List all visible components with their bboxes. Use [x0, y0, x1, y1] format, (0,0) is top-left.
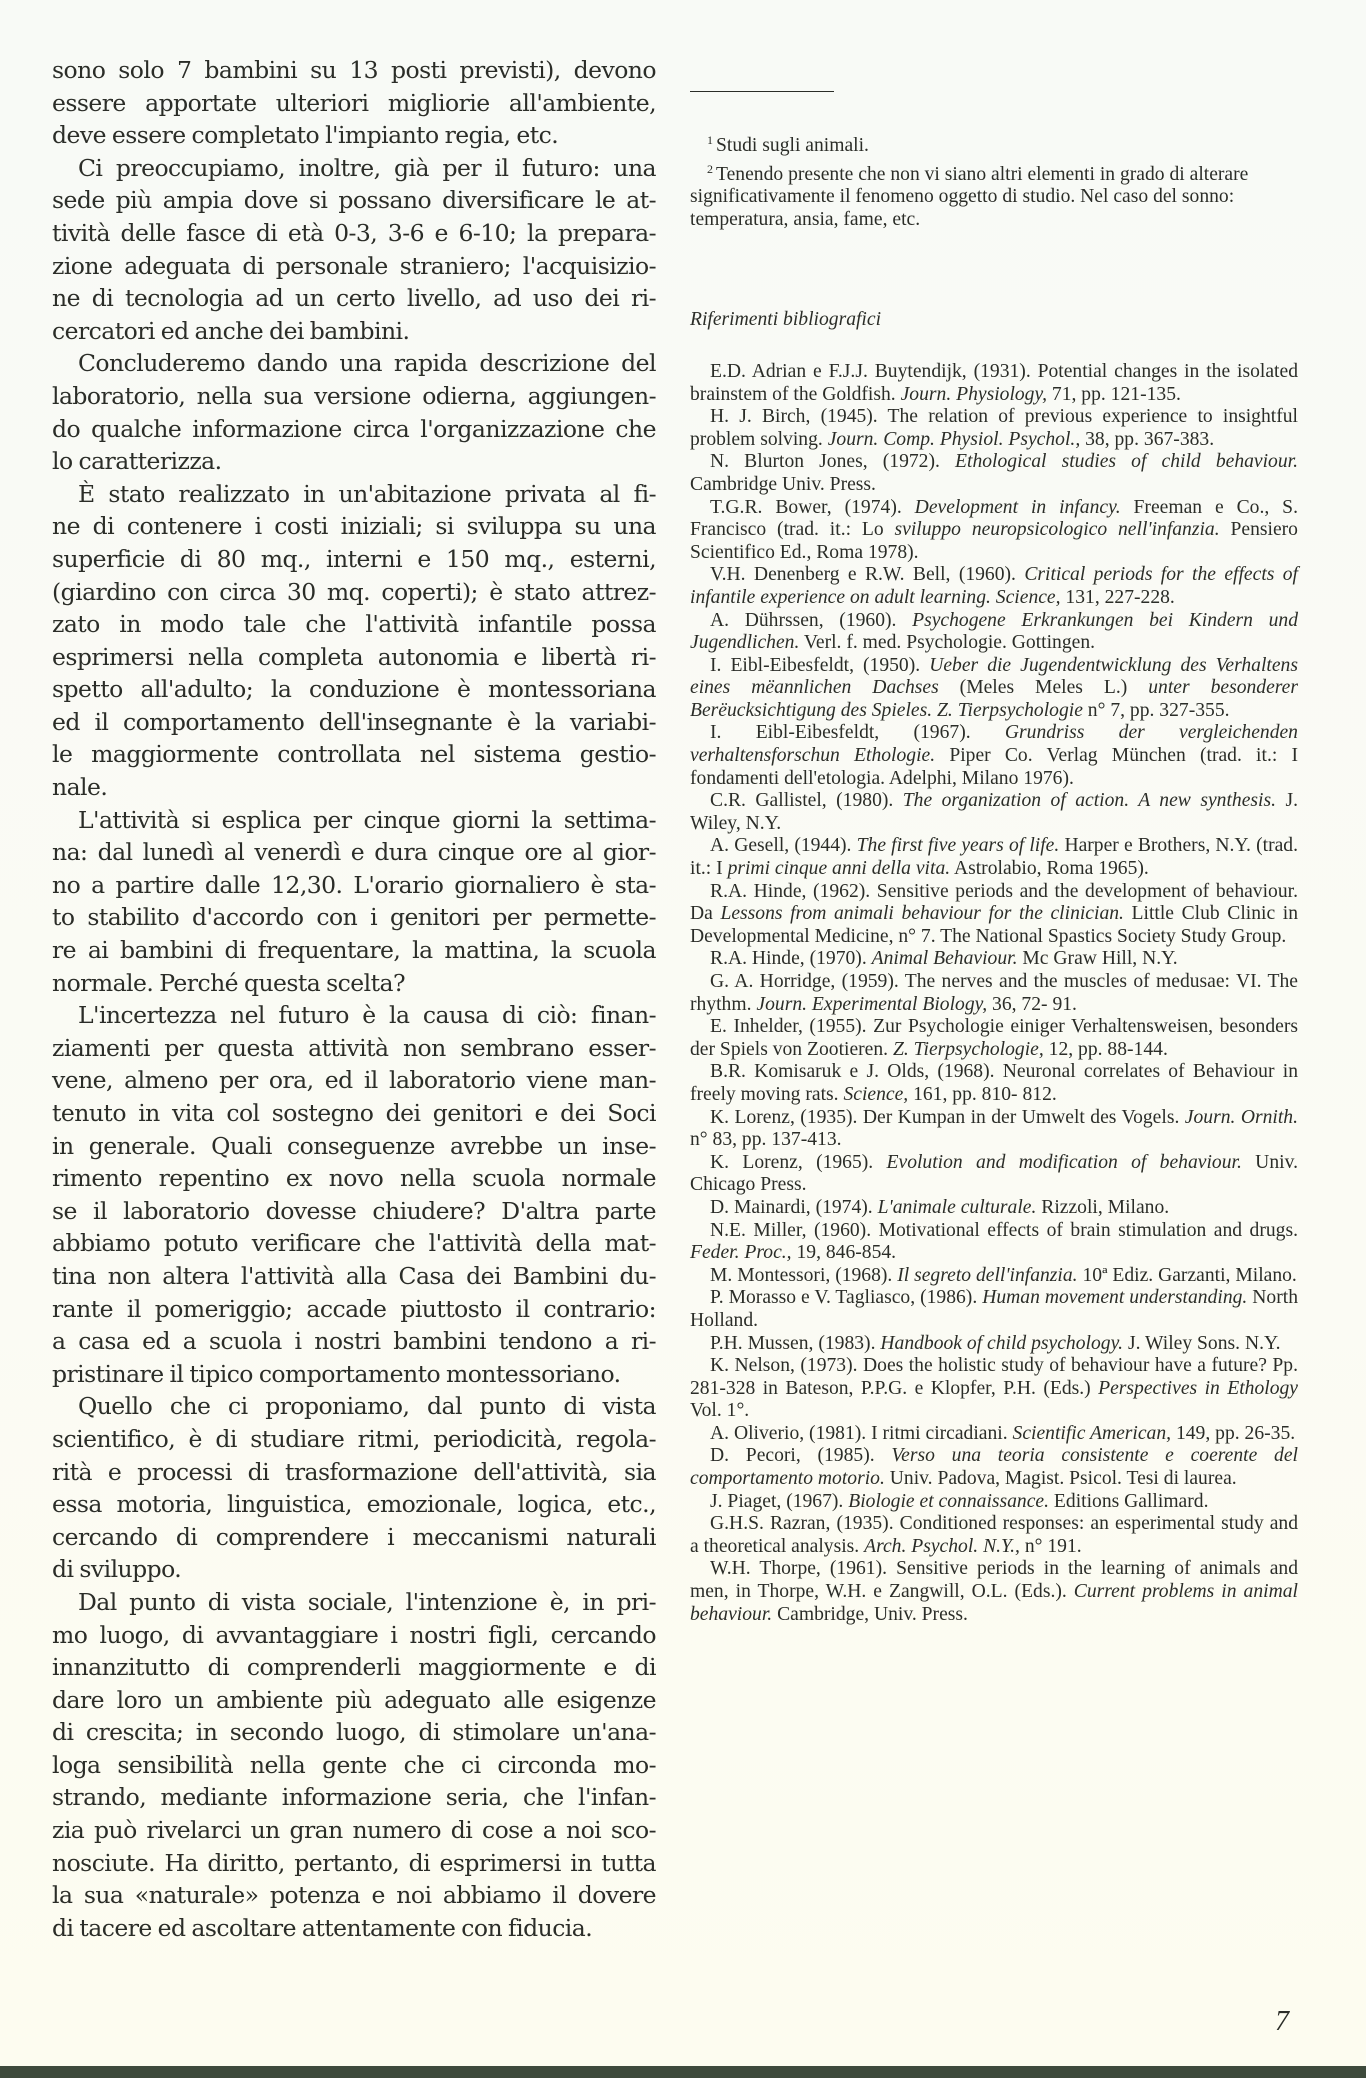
text-line: tenuto in vita col sostegno dei genitori… [52, 1097, 656, 1130]
text-line: Concluderemo dando una rapida descrizion… [52, 347, 656, 380]
reference-text: A. Dührssen, (1960). [710, 610, 912, 631]
reference-text: D. Pecori, (1985). [710, 1445, 891, 1466]
footnote-text: Tenendo presente che non vi siano altri … [690, 164, 1248, 230]
reference-entry: P.H. Mussen, (1983). Handbook of child p… [690, 1333, 1298, 1356]
text-line: rante il pomeriggio; accade piuttosto il… [52, 1293, 656, 1326]
text-line: cercatori ed anche dei bambini. [52, 315, 656, 348]
reference-text: Astrolabio, Roma 1965). [950, 858, 1149, 879]
body-paragraph: Dal punto di vista sociale, l'intenzione… [52, 1586, 656, 1945]
footnote: 1Studi sugli animali. [690, 129, 1298, 158]
reference-text: Verl. f. med. Psychologie. Gottingen. [799, 632, 1095, 653]
reference-entry: W.H. Thorpe, (1961). Sensitive periods i… [690, 1558, 1298, 1626]
text-line: in generale. Quali conseguenze avrebbe u… [52, 1130, 656, 1163]
reference-text: Editions Gallimard. [1049, 1491, 1208, 1512]
reference-title: Z. Tierpsychologie, [893, 1039, 1044, 1060]
text-line: nosciute. Ha diritto, pertanto, di espri… [52, 1847, 656, 1880]
reference-title: L'animale culturale. [878, 1197, 1037, 1218]
reference-text: n° 191. [1020, 1536, 1082, 1557]
text-line: ne di tecnologia ad un certo livello, ad… [52, 282, 656, 315]
text-line: sede più ampia dove si possano diversifi… [52, 184, 656, 217]
text-line: ed il comportamento dell'insegnante è la… [52, 706, 656, 739]
body-paragraph: L'attività si esplica per cinque giorni … [52, 804, 656, 1000]
reference-entry: K. Nelson, (1973). Does the holistic stu… [690, 1355, 1298, 1423]
text-line: L'incertezza nel futuro è la causa di ci… [52, 999, 656, 1032]
text-line: a casa ed a scuola i nostri bambini tend… [52, 1325, 656, 1358]
footnote: 2Tenendo presente che non vi siano altri… [690, 158, 1298, 232]
reference-title: The first five years of life. [857, 835, 1060, 856]
text-line: na: dal lunedì al venerdì e dura cinque … [52, 836, 656, 869]
text-line: cercando di comprendere i meccanismi nat… [52, 1521, 656, 1554]
reference-title: Human movement understanding. [982, 1287, 1247, 1308]
reference-title: Journ. Experimental Biology, [756, 994, 987, 1015]
page-number: 7 [1275, 2006, 1289, 2038]
reference-text: A. Oliverio, (1981). I ritmi circadiani. [710, 1423, 1013, 1444]
reference-entry: I. Eibl-Eibesfeldt, (1950). Ueber die Ju… [690, 655, 1298, 723]
text-line: nale. [52, 771, 656, 804]
body-paragraph: L'incertezza nel futuro è la causa di ci… [52, 999, 656, 1390]
reference-title: Journ. Comp. Physiol. Psychol., [828, 429, 1081, 450]
text-line: mo luogo, di avvantaggiare i nostri figl… [52, 1619, 656, 1652]
text-line: strando, mediante informazione seria, ch… [52, 1781, 656, 1814]
reference-entry: I. Eibl-Eibesfeldt, (1967). Grundriss de… [690, 722, 1298, 790]
reference-entry: D. Mainardi, (1974). L'animale culturale… [690, 1197, 1298, 1220]
reference-title: Scientific American, [1013, 1423, 1172, 1444]
reference-title: The organization of action. A new synthe… [903, 790, 1276, 811]
reference-text: N.E. Miller, (1960). Motivational effect… [710, 1220, 1298, 1241]
text-line: pristinare il tipico comportamento monte… [52, 1358, 656, 1391]
reference-text: 161, pp. 810- 812. [908, 1084, 1057, 1105]
text-line: tività delle fasce di età 0-3, 3-6 e 6-1… [52, 217, 656, 250]
reference-title: primi cinque anni della vita. [728, 858, 951, 879]
page: sono solo 7 bambini su 13 posti previsti… [0, 0, 1366, 2066]
reference-text: D. Mainardi, (1974). [710, 1197, 878, 1218]
reference-title: Arch. Psychol. N.Y., [864, 1536, 1020, 1557]
text-line: di tacere ed ascoltare attentamente con … [52, 1912, 656, 1945]
text-line: do qualche informazione circa l'organizz… [52, 413, 656, 446]
text-line: tina non altera l'attività alla Casa dei… [52, 1260, 656, 1293]
reference-entry: E.D. Adrian e F.J.J. Buytendijk, (1931).… [690, 361, 1298, 406]
reference-title: Evolution and modification of behaviour. [887, 1152, 1242, 1173]
text-line: vene, almeno per ora, ed il laboratorio … [52, 1064, 656, 1097]
reference-entry: V.H. Denenberg e R.W. Bell, (1960). Crit… [690, 564, 1298, 609]
reference-text: Univ. Padova, Magist. Psicol. Tesi di la… [885, 1468, 1237, 1489]
text-line: essere apportate ulteriori migliorie all… [52, 87, 656, 120]
text-line: di crescita; in secondo luogo, di stimol… [52, 1716, 656, 1749]
reference-entry: R.A. Hinde, (1962). Sensitive periods an… [690, 881, 1298, 949]
text-line: Ci preoccupiamo, inoltre, già per il fut… [52, 152, 656, 185]
footnote-divider [690, 91, 834, 92]
footnote-marker: 1 [707, 133, 713, 147]
text-line: loga sensibilità nella gente che ci circ… [52, 1749, 656, 1782]
reference-entry: N. Blurton Jones, (1972). Ethological st… [690, 451, 1298, 496]
reference-text: V.H. Denenberg e R.W. Bell, (1960). [710, 564, 1024, 585]
reference-text: K. Lorenz, (1965). [710, 1152, 887, 1173]
reference-entry: C.R. Gallistel, (1980). The organization… [690, 790, 1298, 835]
body-paragraph: È stato realizzato in un'abitazione priv… [52, 478, 656, 804]
text-line: essa motoria, linguistica, emozionale, l… [52, 1488, 656, 1521]
text-line: di sviluppo. [52, 1553, 656, 1586]
reference-title: Animal Behaviour. [872, 948, 1018, 969]
reference-text: P.H. Mussen, (1983). [710, 1333, 880, 1354]
references-heading: Riferimenti bibliografici [690, 309, 1298, 332]
text-line: spetto all'adulto; la conduzione è monte… [52, 673, 656, 706]
text-line: rità e processi di trasformazione dell'a… [52, 1456, 656, 1489]
reference-text: 38, pp. 367-383. [1080, 429, 1214, 450]
reference-text: 149, pp. 26-35. [1171, 1423, 1295, 1444]
text-line: zione adeguata di personale straniero; l… [52, 250, 656, 283]
reference-title: Perspectives in Ethology [1098, 1378, 1298, 1399]
text-line: L'attività si esplica per cinque giorni … [52, 804, 656, 837]
reference-title: Feder. Proc., [690, 1242, 792, 1263]
reference-text: 19, 846-854. [792, 1242, 897, 1263]
reference-text: J. Piaget, (1967). [710, 1491, 848, 1512]
body-text-column: sono solo 7 bambini su 13 posti previsti… [52, 54, 656, 1944]
reference-text: P. Morasso e V. Tagliasco, (1986). [710, 1287, 982, 1308]
text-line: Dal punto di vista sociale, l'intenzione… [52, 1586, 656, 1619]
text-line: rimento repentino ex novo nella scuola n… [52, 1162, 656, 1195]
text-line: dare loro un ambiente più adeguato alle … [52, 1684, 656, 1717]
reference-text: Cambridge, Univ. Press. [772, 1604, 968, 1625]
text-line: ne di contenere i costi iniziali; si svi… [52, 510, 656, 543]
text-line: superficie di 80 mq., interni e 150 mq.,… [52, 543, 656, 576]
reference-title: Ethological studies of child behaviour. [955, 451, 1298, 472]
reference-title: Journ. Physiology, [901, 384, 1047, 405]
reference-text: I. Eibl-Eibesfeldt, (1967). [710, 722, 1005, 743]
reference-title: Il segreto dell'infanzia. [897, 1265, 1077, 1286]
reference-text: R.A. Hinde, (1970). [710, 948, 872, 969]
reference-text: (Meles Meles L.) [939, 677, 1149, 698]
reference-text: n° 83, pp. 137-413. [690, 1129, 842, 1150]
text-line: innanzitutto di comprenderli maggiorment… [52, 1651, 656, 1684]
reference-text: 36, 72- 91. [987, 994, 1077, 1015]
reference-entry: G. A. Horridge, (1959). The nerves and t… [690, 971, 1298, 1016]
reference-title: Development in infancy. [915, 497, 1121, 518]
reference-text: Rizzoli, Milano. [1036, 1197, 1169, 1218]
text-line: normale. Perché questa scelta? [52, 967, 656, 1000]
reference-entry: G.H.S. Razran, (1935). Conditioned respo… [690, 1513, 1298, 1558]
text-line: sono solo 7 bambini su 13 posti previsti… [52, 54, 656, 87]
footnote-text: Studi sugli animali. [716, 135, 869, 156]
reference-entry: A. Oliverio, (1981). I ritmi circadiani.… [690, 1423, 1298, 1446]
reference-text: 10ª Ediz. Garzanti, Milano. [1078, 1265, 1297, 1286]
reference-text: I. Eibl-Eibesfeldt, (1950). [710, 655, 929, 676]
text-line: Quello che ci proponiamo, dal punto di v… [52, 1390, 656, 1423]
text-line: se il laboratorio dovesse chiudere? D'al… [52, 1195, 656, 1228]
reference-title: Journ. Ornith. [1185, 1107, 1298, 1128]
reference-title: Science, [843, 1084, 908, 1105]
text-line: le maggiormente controllata nel sistema … [52, 738, 656, 771]
reference-entry: A. Dührssen, (1960). Psychogene Erkranku… [690, 610, 1298, 655]
reference-entry: N.E. Miller, (1960). Motivational effect… [690, 1220, 1298, 1265]
text-line: deve essere completato l'impianto regia,… [52, 119, 656, 152]
reference-entry: P. Morasso e V. Tagliasco, (1986). Human… [690, 1287, 1298, 1332]
text-line: lo caratterizza. [52, 445, 656, 478]
text-line: laboratorio, nella sua versione odierna,… [52, 380, 656, 413]
reference-text: 71, pp. 121-135. [1047, 384, 1181, 405]
reference-title: sviluppo neuropsicologico nell'infanzia. [895, 519, 1220, 540]
reference-title: Lessons from animali behaviour for the c… [720, 903, 1124, 924]
text-line: re ai bambini di frequentare, la mattina… [52, 934, 656, 967]
reference-entry: D. Pecori, (1985). Verso una teoria cons… [690, 1445, 1298, 1490]
reference-text: 131, 227-228. [1061, 587, 1175, 608]
reference-text: Mc Graw Hill, N.Y. [1017, 948, 1177, 969]
text-line: no a partire dalle 12,30. L'orario giorn… [52, 869, 656, 902]
reference-entry: R.A. Hinde, (1970). Animal Behaviour. Mc… [690, 948, 1298, 971]
scan-edge [0, 2066, 1366, 2078]
text-line: (giardino con circa 30 mq. coperti); è s… [52, 576, 656, 609]
reference-entry: A. Gesell, (1944). The first five years … [690, 835, 1298, 880]
text-line: abbiamo potuto verificare che l'attività… [52, 1227, 656, 1260]
body-paragraph: Quello che ci proponiamo, dal punto di v… [52, 1390, 656, 1586]
text-line: scientifico, è di studiare ritmi, period… [52, 1423, 656, 1456]
reference-text: T.G.R. Bower, (1974). [710, 497, 915, 518]
text-line: to stabilito d'accordo con i genitori pe… [52, 901, 656, 934]
text-line: zato in modo tale che l'attività infanti… [52, 608, 656, 641]
reference-text: Cambridge Univ. Press. [690, 474, 876, 495]
reference-text: N. Blurton Jones, (1972). [710, 451, 955, 472]
reference-entry: T.G.R. Bower, (1974). Development in inf… [690, 497, 1298, 565]
footnotes: 1Studi sugli animali.2Tenendo presente c… [690, 129, 1298, 231]
text-line: È stato realizzato in un'abitazione priv… [52, 478, 656, 511]
reference-entry: K. Lorenz, (1935). Der Kumpan in der Umw… [690, 1107, 1298, 1152]
text-line: la sua «naturale» potenza e noi abbiamo … [52, 1879, 656, 1912]
reference-title: Biologie et connaissance. [848, 1491, 1049, 1512]
reference-text: Vol. 1°. [690, 1400, 749, 1421]
footnote-marker: 2 [707, 162, 713, 176]
body-paragraph: Concluderemo dando una rapida descrizion… [52, 347, 656, 477]
reference-entry: M. Montessori, (1968). Il segreto dell'i… [690, 1265, 1298, 1288]
reference-text: A. Gesell, (1944). [710, 835, 857, 856]
reference-text: K. Lorenz, (1935). Der Kumpan in der Umw… [710, 1107, 1185, 1128]
reference-title: Handbook of child psychology. [880, 1333, 1123, 1354]
body-paragraph: Ci preoccupiamo, inoltre, già per il fut… [52, 152, 656, 348]
reference-text: n° 7, pp. 327-355. [1083, 700, 1230, 721]
reference-entry: J. Piaget, (1967). Biologie et connaissa… [690, 1491, 1298, 1514]
reference-text: C.R. Gallistel, (1980). [710, 790, 903, 811]
reference-entry: H. J. Birch, (1945). The relation of pre… [690, 406, 1298, 451]
reference-entry: K. Lorenz, (1965). Evolution and modific… [690, 1152, 1298, 1197]
references-list: E.D. Adrian e F.J.J. Buytendijk, (1931).… [690, 361, 1298, 1626]
text-line: zia può rivelarci un gran numero di cose… [52, 1814, 656, 1847]
text-line: ziamenti per questa attività non sembran… [52, 1032, 656, 1065]
reference-text: J. Wiley Sons. N.Y. [1123, 1333, 1280, 1354]
text-line: esprimersi nella completa autonomia e li… [52, 641, 656, 674]
reference-entry: B.R. Komisaruk e J. Olds, (1968). Neuron… [690, 1061, 1298, 1106]
reference-text: M. Montessori, (1968). [710, 1265, 897, 1286]
body-paragraph: sono solo 7 bambini su 13 posti previsti… [52, 54, 656, 152]
reference-text: 12, pp. 88-144. [1044, 1039, 1168, 1060]
reference-entry: E. Inhelder, (1955). Zur Psychologie ein… [690, 1016, 1298, 1061]
notes-and-references-column: 1Studi sugli animali.2Tenendo presente c… [690, 70, 1298, 1626]
